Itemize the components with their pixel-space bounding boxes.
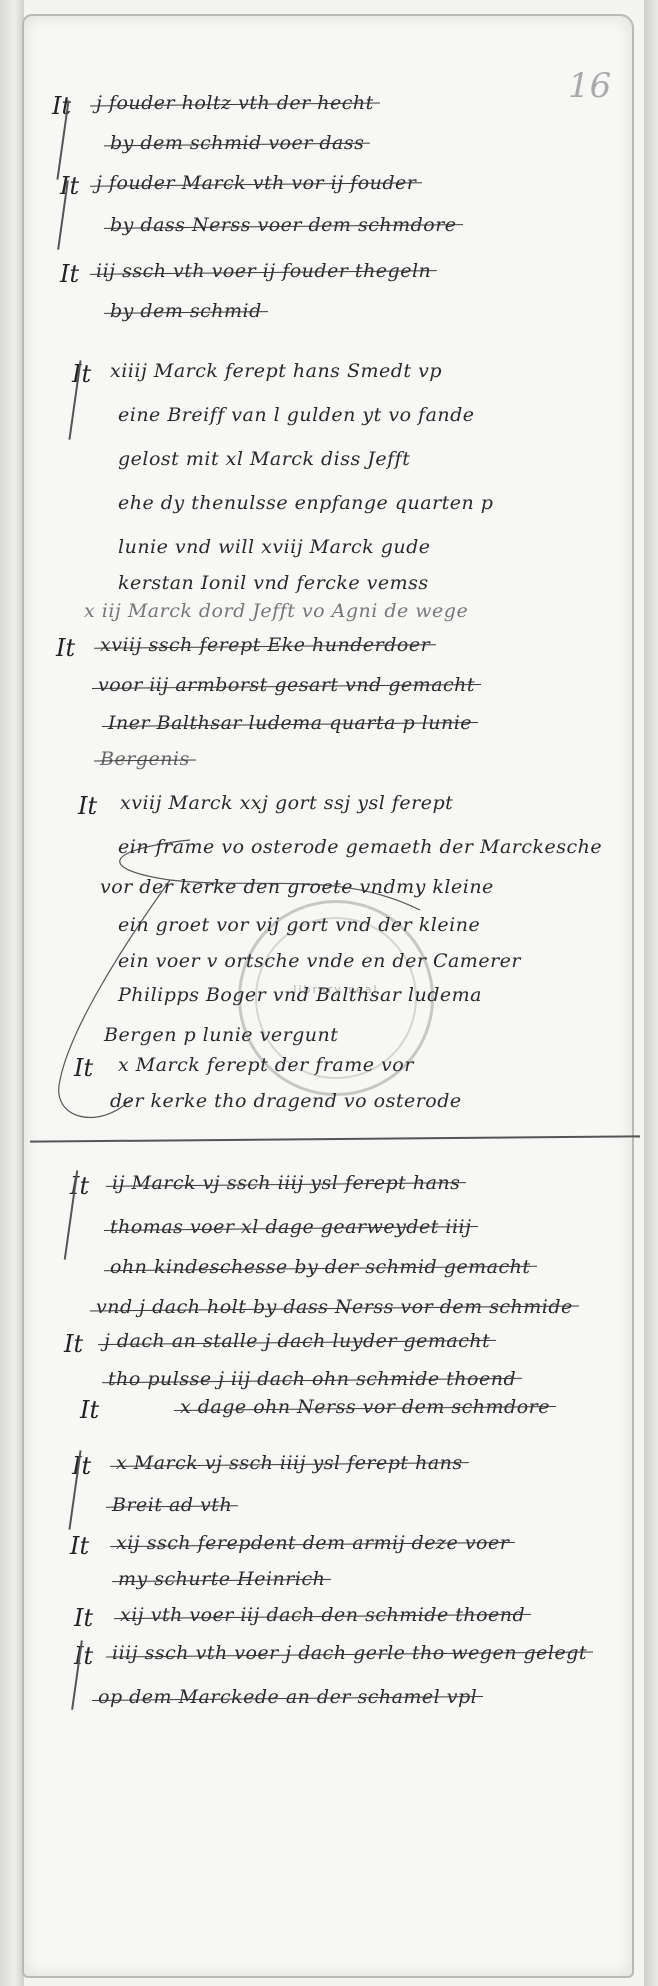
entry-line: xviij Marck xxj gort ssj ysl ferept (120, 792, 453, 814)
entry-line: x Marck vj ssch iiij ysl ferept hans (116, 1452, 463, 1474)
entry-line: by dem schmid (110, 300, 262, 322)
entry-line: xiiij Marck ferept hans Smedt vp (110, 360, 442, 382)
entry-line: my schurte Heinrich (118, 1568, 325, 1590)
entry-line: ohn kindeschesse by der schmid gemacht (110, 1256, 531, 1278)
pen-loop-mark (40, 830, 460, 1130)
item-marker: It (74, 1054, 93, 1082)
page-binding-right (644, 0, 658, 1986)
entry-line: der kerke tho dragend vo osterode (110, 1090, 462, 1112)
entry-line: Bergen p lunie vergunt (104, 1024, 338, 1046)
entry-line: xviij ssch ferept Eke hunderdoer (100, 634, 430, 656)
entry-line: Iner Balthsar ludema quarta p lunie (108, 712, 472, 734)
entry-line: by dem schmid voer dass (110, 132, 364, 154)
item-marker: It (64, 1330, 83, 1358)
entry-line: j dach an stalle j dach luyder gemacht (104, 1330, 490, 1352)
entry-line: Breit ad vth (112, 1494, 232, 1516)
item-marker: It (74, 1604, 93, 1632)
entry-line: voor iij armborst gesart vnd gemacht (98, 674, 475, 696)
entry-line: ein groet vor vij gort vnd der kleine (118, 914, 480, 936)
entry-line: by dass Nerss voer dem schmdore (110, 214, 457, 236)
entry-line: ein voer v ortsche vnde en der Camerer (118, 950, 521, 972)
entry-line: j fouder Marck vth vor ij fouder (96, 172, 416, 194)
entry-line: tho pulsse j iij dach ohn schmide thoend (108, 1368, 516, 1390)
entry-line: gelost mit xl Marck diss Jefft (118, 448, 410, 470)
entry-line: j fouder holtz vth der hecht (96, 92, 374, 114)
entry-line: x dage ohn Nerss vor dem schmdore (180, 1396, 550, 1418)
entry-line-faint: x iij Marck dord Jefft vo Agni de wege (84, 600, 468, 622)
item-marker: It (78, 792, 97, 820)
page-binding-left (0, 0, 24, 1986)
entry-line: ein frame vo osterode gemaeth der Marcke… (118, 836, 602, 858)
entry-line: iij ssch vth voer ij fouder thegeln (96, 260, 431, 282)
entry-line: vnd j dach holt by dass Nerss vor dem sc… (96, 1296, 573, 1318)
entry-line: Philipps Boger vnd Balthsar ludema (118, 984, 482, 1006)
entry-line: eine Breiff van l gulden yt vo fande (118, 404, 475, 426)
entry-line: x Marck ferept der frame vor (118, 1054, 414, 1076)
entry-line: vor der kerke den groete vndmy kleine (100, 876, 494, 898)
item-marker: It (80, 1396, 99, 1424)
entry-line: ehe dy thenulsse enpfange quarten p (118, 492, 493, 514)
item-marker: It (70, 1532, 89, 1560)
item-marker: It (72, 360, 91, 388)
entry-line: kerstan Ionil vnd fercke vemss (118, 572, 429, 594)
item-marker: It (60, 260, 79, 288)
item-marker: It (56, 634, 75, 662)
entry-line: lunie vnd will xviij Marck gude (118, 536, 431, 558)
entry-line: xij ssch ferepdent dem armij deze voer (116, 1532, 509, 1554)
entry-line: iiij ssch vth voer j dach gerle tho wege… (112, 1642, 587, 1664)
entry-line: Bergenis (100, 748, 190, 770)
entry-line: xij vth voer iij dach den schmide thoend (120, 1604, 525, 1626)
folio-number: 16 (568, 66, 611, 106)
entry-line: ij Marck vj ssch iiij ysl ferept hans (112, 1172, 460, 1194)
item-marker: It (60, 172, 79, 200)
entry-line: op dem Marckede an der schamel vpl (98, 1686, 477, 1708)
entry-line: thomas voer xl dage gearweydet iiij (110, 1216, 472, 1238)
